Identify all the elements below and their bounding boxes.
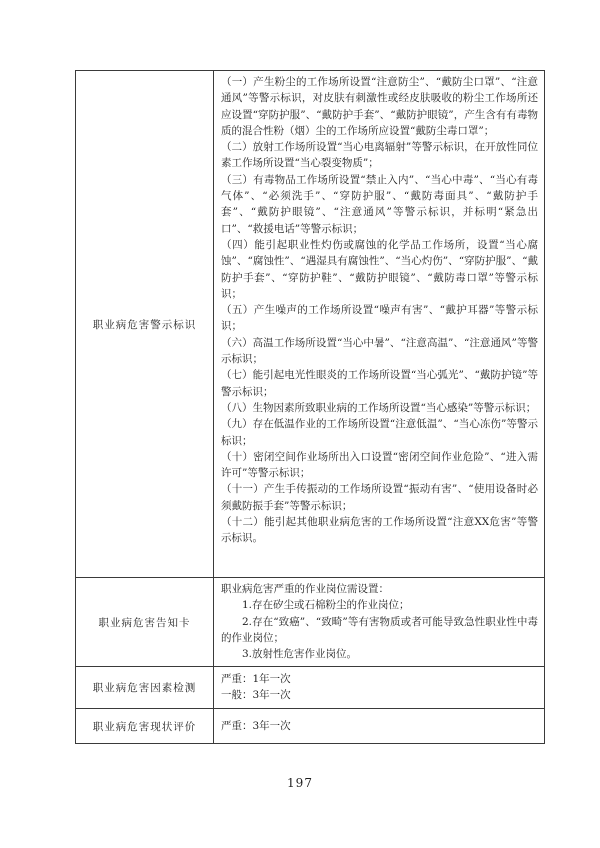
page-number: 197 (0, 776, 600, 790)
content-paragraph: 一般：3年一次 (221, 687, 538, 703)
table-row-notification-card: 职业病危害告知卡 职业病危害严重的作业岗位需设置： 1.存在矽尘或石棉粉尘的作业… (76, 578, 544, 667)
content-paragraph: （七）能引起电光性眼炎的工作场所设置“当心弧光”、“戴防护镜”等警示标识； (221, 367, 538, 400)
content-paragraph: （八）生物因素所致职业病的工作场所设置“当心感染”等警示标识； (221, 400, 538, 416)
content-paragraph: （三）有毒物品工作场所设置“禁止入内”、“当心中毒”、“当心有毒气体”、“必须洗… (221, 172, 538, 237)
row-label-cell: 职业病危害告知卡 (76, 578, 214, 666)
table-row-status-evaluation: 职业病危害现状评价 严重：3年一次 (76, 709, 544, 743)
content-paragraph: （一）产生粉尘的工作场所设置“注意防尘”、“戴防尘口罩”、“注意通风”等警示标识… (221, 74, 538, 139)
document-page: 职业病危害警示标识 （一）产生粉尘的工作场所设置“注意防尘”、“戴防尘口罩”、“… (0, 0, 600, 848)
content-paragraph: （十一）产生手传振动的工作场所设置“振动有害”、“使用设备时必须戴防振手套”等警… (221, 481, 538, 514)
occupational-hazard-table: 职业病危害警示标识 （一）产生粉尘的工作场所设置“注意防尘”、“戴防尘口罩”、“… (75, 70, 545, 744)
row-content-cell: 严重：3年一次 (214, 709, 544, 743)
row-label: 职业病危害警示标识 (93, 317, 197, 332)
content-paragraph: （十二）能引起其他职业病危害的工作场所设置“注意XX危害”等警示标识。 (221, 514, 538, 547)
row-content-cell: 职业病危害严重的作业岗位需设置： 1.存在矽尘或石棉粉尘的作业岗位； 2.存在“… (214, 578, 544, 666)
content-paragraph: （四）能引起职业性灼伤或腐蚀的化学品工作场所，设置“当心腐蚀”、“腐蚀性”、“遇… (221, 237, 538, 302)
row-label-cell: 职业病危害现状评价 (76, 709, 214, 743)
table-row-factor-detection: 职业病危害因素检测 严重：1年一次 一般：3年一次 (76, 667, 544, 709)
row-content-cell: （一）产生粉尘的工作场所设置“注意防尘”、“戴防尘口罩”、“注意通风”等警示标识… (214, 71, 544, 577)
row-label: 职业病危害告知卡 (99, 615, 191, 630)
content-paragraph: 严重：3年一次 (221, 718, 538, 734)
row-label-cell: 职业病危害因素检测 (76, 667, 214, 708)
content-paragraph: 3.放射性危害作业岗位。 (221, 646, 538, 662)
content-paragraph: 2.存在“致癌”、“致畸”等有害物质或者可能导致急性职业性中毒的作业岗位； (221, 614, 538, 647)
content-paragraph: （五）产生噪声的工作场所设置“噪声有害”、“戴护耳器”等警示标识； (221, 302, 538, 335)
row-label: 职业病危害因素检测 (93, 680, 197, 695)
content-paragraph: （二）放射工作场所设置“当心电离辐射”等警示标识，在开放性同位素工作场所设置“当… (221, 139, 538, 172)
content-paragraph: （六）高温工作场所设置“当心中暑”、“注意高温”、“注意通风”等警示标识； (221, 335, 538, 368)
row-label-cell: 职业病危害警示标识 (76, 71, 214, 577)
content-paragraph: 严重：1年一次 (221, 671, 538, 687)
content-paragraph: 1.存在矽尘或石棉粉尘的作业岗位； (221, 597, 538, 613)
content-paragraph: （九）存在低温作业的工作场所设置“注意低温”、“当心冻伤”等警示标识； (221, 416, 538, 449)
row-label: 职业病危害现状评价 (93, 719, 197, 734)
content-paragraph: 职业病危害严重的作业岗位需设置： (221, 581, 538, 597)
content-paragraph: （十）密闭空间作业场所出入口设置“密闭空间作业危险”、“进入需许可”等警示标识； (221, 449, 538, 482)
table-row-warning-signs: 职业病危害警示标识 （一）产生粉尘的工作场所设置“注意防尘”、“戴防尘口罩”、“… (76, 71, 544, 578)
row-content-cell: 严重：1年一次 一般：3年一次 (214, 667, 544, 708)
